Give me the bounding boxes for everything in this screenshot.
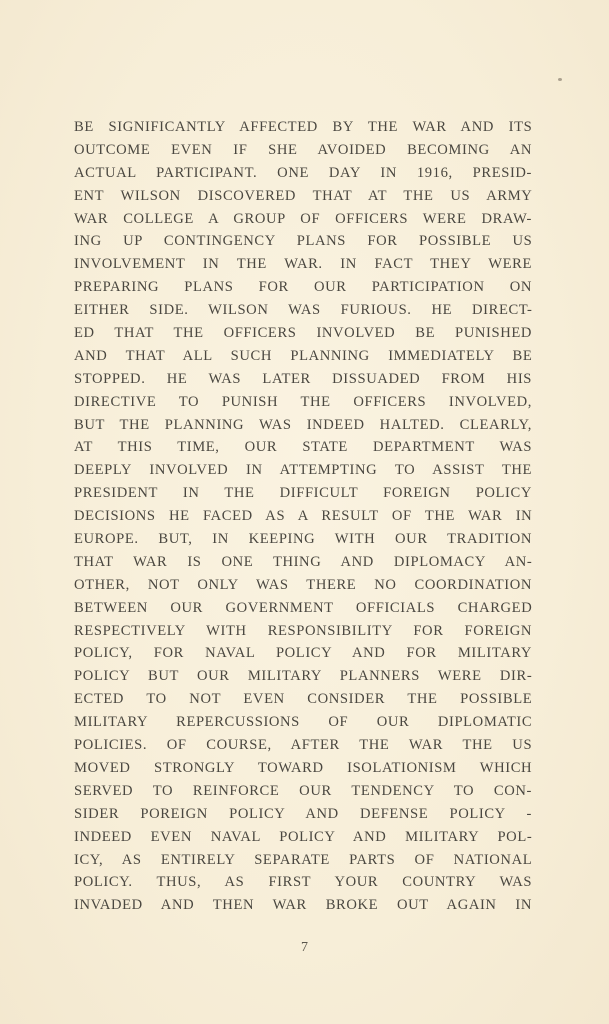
text-line: POLICIES. OF COURSE, AFTER THE WAR THE U…: [74, 734, 532, 757]
text-line: BE SIGNIFICANTLY AFFECTED BY THE WAR AND…: [74, 116, 532, 139]
paper-speck: [558, 78, 562, 81]
text-line: ACTUAL PARTICIPANT. ONE DAY IN 1916, PRE…: [74, 162, 532, 185]
text-line: DEEPLY INVOLVED IN ATTEMPTING TO ASSIST …: [74, 459, 532, 482]
text-line: AT THIS TIME, OUR STATE DEPARTMENT WAS: [74, 436, 532, 459]
text-line: ENT WILSON DISCOVERED THAT AT THE US ARM…: [74, 185, 532, 208]
body-text: BE SIGNIFICANTLY AFFECTED BY THE WAR AND…: [74, 116, 532, 917]
text-line: PREPARING PLANS FOR OUR PARTICIPATION ON: [74, 276, 532, 299]
text-line: ING UP CONTINGENCY PLANS FOR POSSIBLE US: [74, 230, 532, 253]
text-line: INVOLVEMENT IN THE WAR. IN FACT THEY WER…: [74, 253, 532, 276]
text-line: AND THAT ALL SUCH PLANNING IMMEDIATELY B…: [74, 345, 532, 368]
text-line: SIDER POREIGN POLICY AND DEFENSE POLICY …: [74, 803, 532, 826]
text-line: SERVED TO REINFORCE OUR TENDENCY TO CON-: [74, 780, 532, 803]
text-line: POLICY. THUS, AS FIRST YOUR COUNTRY WAS: [74, 871, 532, 894]
text-line: MOVED STRONGLY TOWARD ISOLATIONISM WHICH: [74, 757, 532, 780]
text-line: OUTCOME EVEN IF SHE AVOIDED BECOMING AN: [74, 139, 532, 162]
page-number: 7: [0, 940, 609, 956]
text-line: ECTED TO NOT EVEN CONSIDER THE POSSIBLE: [74, 688, 532, 711]
text-line: ED THAT THE OFFICERS INVOLVED BE PUNISHE…: [74, 322, 532, 345]
text-line: EUROPE. BUT, IN KEEPING WITH OUR TRADITI…: [74, 528, 532, 551]
text-line: STOPPED. HE WAS LATER DISSUADED FROM HIS: [74, 368, 532, 391]
document-page: BE SIGNIFICANTLY AFFECTED BY THE WAR AND…: [0, 0, 609, 1024]
text-line: DECISIONS HE FACED AS A RESULT OF THE WA…: [74, 505, 532, 528]
text-line: OTHER, NOT ONLY WAS THERE NO COORDINATIO…: [74, 574, 532, 597]
text-line: DIRECTIVE TO PUNISH THE OFFICERS INVOLVE…: [74, 391, 532, 414]
text-line: POLICY BUT OUR MILITARY PLANNERS WERE DI…: [74, 665, 532, 688]
text-line: RESPECTIVELY WITH RESPONSIBILITY FOR FOR…: [74, 620, 532, 643]
text-line: THAT WAR IS ONE THING AND DIPLOMACY AN-: [74, 551, 532, 574]
text-line: MILITARY REPERCUSSIONS OF OUR DIPLOMATIC: [74, 711, 532, 734]
text-line: POLICY, FOR NAVAL POLICY AND FOR MILITAR…: [74, 642, 532, 665]
text-line: WAR COLLEGE A GROUP OF OFFICERS WERE DRA…: [74, 208, 532, 231]
text-line: INDEED EVEN NAVAL POLICY AND MILITARY PO…: [74, 826, 532, 849]
text-line: PRESIDENT IN THE DIFFICULT FOREIGN POLIC…: [74, 482, 532, 505]
text-line: BETWEEN OUR GOVERNMENT OFFICIALS CHARGED: [74, 597, 532, 620]
text-line: BUT THE PLANNING WAS INDEED HALTED. CLEA…: [74, 414, 532, 437]
text-line: INVADED AND THEN WAR BROKE OUT AGAIN IN: [74, 894, 532, 917]
text-line: EITHER SIDE. WILSON WAS FURIOUS. HE DIRE…: [74, 299, 532, 322]
text-line: ICY, AS ENTIRELY SEPARATE PARTS OF NATIO…: [74, 849, 532, 872]
